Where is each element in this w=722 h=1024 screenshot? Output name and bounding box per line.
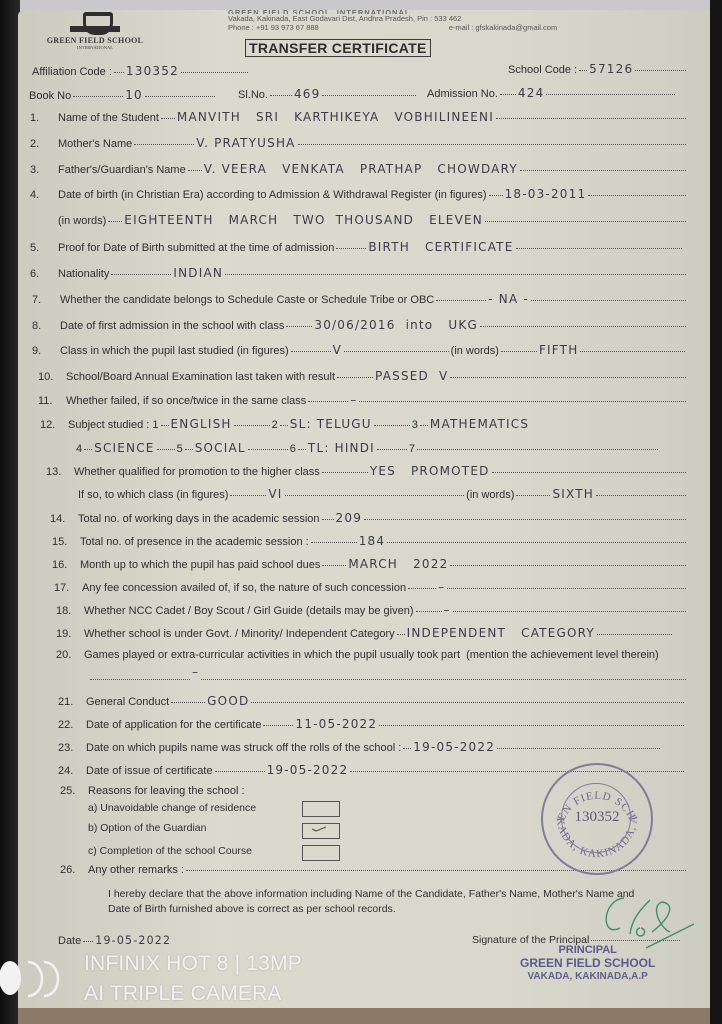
school-code-row: School Code : 57126 xyxy=(508,62,688,76)
school-code-label: School Code : xyxy=(508,64,577,76)
footer-date-row: Date19-05-2022 xyxy=(58,934,188,947)
field-dob-words: (in words)EIGHTEENTH MARCH TWO THOUSAND … xyxy=(58,213,688,227)
field-number: 13. xyxy=(46,466,74,478)
principal-stamp-school: GREEN FIELD SCHOOL xyxy=(520,957,655,970)
principal-stamp-address: VAKADA, KAKINADA,A.P xyxy=(520,970,655,983)
caste-category-value: - NA - xyxy=(488,292,529,307)
fee-concession-value: – xyxy=(438,580,445,595)
subject-4-label: 4 xyxy=(76,443,82,455)
field-label: General Conduct xyxy=(86,696,169,708)
field-label: Date of birth (in Christian Era) accordi… xyxy=(58,189,487,201)
school-seal: GREEN FIELD SCHOOL VAKADA, KAKINADA, A.P… xyxy=(541,763,653,875)
field-label: Whether NCC Cadet / Boy Scout / Girl Gui… xyxy=(84,605,414,617)
field-label: Subject studied : 1 xyxy=(68,419,159,431)
logo-school-sub: INTERNATIONAL xyxy=(36,45,154,50)
subject-6-value: TL: HINDI xyxy=(308,441,375,456)
footer-date-label: Date xyxy=(58,935,81,947)
field-failed: 11.Whether failed, if so once/twice in t… xyxy=(38,393,688,407)
affiliation-code-row: Affiliation Code : 130352 xyxy=(32,64,250,78)
checkmark-icon xyxy=(311,826,327,832)
reason-option-c-label: c) Completion of the school Course xyxy=(88,845,252,857)
field-dob-proof: 5.Proof for Date of Birth submitted at t… xyxy=(30,240,684,254)
field-reasons: 25.Reasons for leaving the school : xyxy=(60,785,245,797)
principal-stamp: PRINCIPAL GREEN FIELD SCHOOL VAKADA, KAK… xyxy=(520,944,655,983)
watermark-line-2: AI TRIPLE CAMERA xyxy=(84,979,302,1009)
field-nationality: 6.NationalityINDIAN xyxy=(30,266,688,280)
general-conduct-value: GOOD xyxy=(207,694,249,709)
field-label: Mother's Name xyxy=(58,138,132,150)
father-name-value: V. VEERA VENKATA PRATHAP CHOWDARY xyxy=(204,162,518,177)
school-address: Vakada, Kakinada, East Godavari Dist, An… xyxy=(228,14,557,23)
seal-code: 130352 xyxy=(543,809,651,826)
field-number: 25. xyxy=(60,785,88,797)
field-label: School/Board Annual Examination last tak… xyxy=(66,371,335,383)
field-student-name: 1.Name of the StudentMANVITH SRI KARTHIK… xyxy=(30,110,688,124)
field-application-date: 22.Date of application for the certifica… xyxy=(58,717,686,731)
field-number: 7. xyxy=(32,294,60,306)
field-label: If so, to which class (in figures) xyxy=(78,489,228,501)
certificate-title: TRANSFER CERTIFICATE xyxy=(245,39,431,57)
field-number: 8. xyxy=(32,320,60,332)
field-number: 14. xyxy=(50,513,78,525)
field-number: 10. xyxy=(38,371,66,383)
field-label: Date of issue of certificate xyxy=(86,765,213,777)
school-crest-icon xyxy=(70,12,120,36)
field-label: Class in which the pupil last studied (i… xyxy=(60,345,289,357)
field-label: Nationality xyxy=(58,268,109,280)
field-number: 19. xyxy=(56,628,84,640)
last-exam-value: PASSED V xyxy=(375,369,448,384)
subject-3-value: MATHEMATICS xyxy=(430,417,529,432)
school-logo: GREEN FIELD SCHOOL INTERNATIONAL xyxy=(36,12,154,50)
watermark-line-1: INFINIX HOT 8 | 13MP xyxy=(84,949,302,979)
field-date-of-birth: 4.Date of birth (in Christian Era) accor… xyxy=(30,187,688,201)
dob-words-value: EIGHTEENTH MARCH TWO THOUSAND ELEVEN xyxy=(124,213,483,228)
subject-5-value: SOCIAL xyxy=(195,441,246,456)
last-class-words-value: FIFTH xyxy=(539,343,579,358)
field-number: 4. xyxy=(30,189,58,201)
field-struck-off-date: 23.Date on which pupils name was struck … xyxy=(58,740,662,754)
subject-5-label: 5 xyxy=(177,443,183,455)
field-number: 5. xyxy=(30,242,58,254)
dob-proof-value: BIRTH CERTIFICATE xyxy=(368,240,513,255)
admission-no-value: 424 xyxy=(518,86,545,101)
background-left-edge xyxy=(0,0,20,1024)
subject-1-value: ENGLISH xyxy=(171,417,232,432)
issue-date-value: 19-05-2022 xyxy=(267,763,349,778)
failed-value: – xyxy=(350,393,357,408)
application-date-value: 11-05-2022 xyxy=(295,717,377,732)
sl-no-row: Sl.No. 469 xyxy=(238,87,418,101)
field-label: Proof for Date of Birth submitted at the… xyxy=(58,242,334,254)
working-days-value: 209 xyxy=(336,511,363,526)
field-subjects-row1: 12.Subject studied : 1ENGLISH 2SL: TELUG… xyxy=(40,417,660,431)
first-admission-value: 30/06/2016 into UKG xyxy=(314,318,478,333)
field-number: 1. xyxy=(30,112,58,124)
subject-3-label: 3 xyxy=(412,419,418,431)
field-promotion-class: If so, to which class (in figures)VI(in … xyxy=(78,487,688,501)
declaration-line-1: I hereby declare that the above informat… xyxy=(108,888,634,900)
field-number: 16. xyxy=(52,559,80,571)
subject-2-value: SL: TELUGU xyxy=(290,417,372,432)
field-last-exam: 10.School/Board Annual Examination last … xyxy=(38,369,688,383)
struck-off-date-value: 19-05-2022 xyxy=(413,740,495,755)
school-phone: Phone : +91 93 973 67 888 xyxy=(228,23,319,32)
field-working-days: 14.Total no. of working days in the acad… xyxy=(50,511,688,525)
field-promotion: 13.Whether qualified for promotion to th… xyxy=(46,464,688,478)
sl-no-value: 469 xyxy=(294,87,321,102)
field-label: (in words) xyxy=(466,489,514,501)
affiliation-code-label: Affiliation Code : xyxy=(32,66,112,78)
activities-value: – xyxy=(192,665,199,680)
field-number: 12. xyxy=(40,419,68,431)
subject-6-label: 6 xyxy=(290,443,296,455)
field-school-category: 19.Whether school is under Govt. / Minor… xyxy=(56,626,674,640)
field-label: Games played or extra-curricular activit… xyxy=(84,649,659,661)
field-label: Whether school is under Govt. / Minority… xyxy=(84,628,395,640)
reason-option-b-label: b) Option of the Guardian xyxy=(88,822,207,834)
field-label: Father's/Guardian's Name xyxy=(58,164,186,176)
field-label: (in words) xyxy=(451,345,499,357)
field-number: 3. xyxy=(30,164,58,176)
field-ncc: 18.Whether NCC Cadet / Boy Scout / Girl … xyxy=(56,603,688,617)
field-label: Whether failed, if so once/twice in the … xyxy=(66,395,306,407)
field-label: Any fee concession availed of, if so, th… xyxy=(82,582,406,594)
book-no-label: Book No xyxy=(29,90,71,102)
field-label: Total no. of presence in the academic se… xyxy=(80,536,309,548)
field-father-name: 3.Father's/Guardian's NameV. VEERA VENKA… xyxy=(30,162,688,176)
field-number: 23. xyxy=(58,742,86,754)
field-label: Whether the candidate belongs to Schedul… xyxy=(60,294,434,306)
field-mother-name: 2.Mother's NameV. PRATYUSHA xyxy=(30,136,688,150)
camera-watermark-icon xyxy=(0,960,64,1000)
book-no-value: 10 xyxy=(125,88,143,103)
field-activities-value-line: – xyxy=(88,671,688,685)
field-label: Date on which pupils name was struck off… xyxy=(86,742,401,754)
reason-option-a-label: a) Unavoidable change of residence xyxy=(88,802,256,814)
field-label: Name of the Student xyxy=(58,112,159,124)
reason-option-a-checkbox[interactable] xyxy=(302,801,340,817)
field-dues-paid: 16.Month up to which the pupil has paid … xyxy=(52,557,688,571)
field-label: Month up to which the pupil has paid sch… xyxy=(80,559,320,571)
field-label: Any other remarks : xyxy=(88,864,184,876)
book-no-row: Book No 10 xyxy=(29,88,217,102)
background-right-edge xyxy=(710,0,722,1024)
field-number: 9. xyxy=(32,345,60,357)
promotion-class-words-value: SIXTH xyxy=(552,487,594,502)
last-class-figures-value: V xyxy=(333,343,342,358)
field-number: 6. xyxy=(30,268,58,280)
camera-watermark: INFINIX HOT 8 | 13MP AI TRIPLE CAMERA xyxy=(84,949,302,1009)
mother-name-value: V. PRATYUSHA xyxy=(196,136,295,151)
field-general-conduct: 21.General ConductGOOD xyxy=(58,694,686,708)
field-number: 18. xyxy=(56,605,84,617)
field-number: 24. xyxy=(58,765,86,777)
field-label: Total no. of working days in the academi… xyxy=(78,513,320,525)
school-address-block: GREEN FIELD SCHOOL, INTERNATIONAL Vakada… xyxy=(228,8,557,32)
affiliation-code-value: 130352 xyxy=(126,64,179,79)
admission-no-label: Admission No. xyxy=(427,88,498,100)
subject-2-label: 2 xyxy=(272,419,278,431)
dues-paid-value: MARCH 2022 xyxy=(348,557,448,572)
field-label: Date of application for the certificate xyxy=(86,719,261,731)
field-subjects-row2: 4SCIENCE 5SOCIAL 6TL: HINDI 7 xyxy=(76,441,660,455)
field-last-class: 9.Class in which the pupil last studied … xyxy=(32,343,687,357)
field-number: 20. xyxy=(56,649,84,661)
field-number: 11. xyxy=(38,395,66,407)
field-first-admission: 8.Date of first admission in the school … xyxy=(32,318,688,332)
field-activities: 20.Games played or extra-curricular acti… xyxy=(56,649,696,661)
reason-option-c-checkbox[interactable] xyxy=(302,845,340,861)
field-fee-concession: 17.Any fee concession availed of, if so,… xyxy=(54,580,688,594)
field-label: Whether qualified for promotion to the h… xyxy=(74,466,320,478)
page-bottom-edge xyxy=(18,1008,710,1024)
admission-no-row: Admission No. 424 xyxy=(427,86,677,100)
footer-date-value: 19-05-2022 xyxy=(95,934,171,948)
promotion-value: YES PROMOTED xyxy=(370,464,490,479)
promotion-class-figures-value: VI xyxy=(268,487,282,502)
field-number: 26. xyxy=(60,864,88,876)
field-label: Date of first admission in the school wi… xyxy=(60,320,284,332)
ncc-value: – xyxy=(444,603,451,618)
student-name-value: MANVITH SRI KARTHIKEYA VOBHILINEENI xyxy=(177,110,494,125)
field-caste-category: 7.Whether the candidate belongs to Sched… xyxy=(32,292,688,306)
dob-figures-value: 18-03-2011 xyxy=(505,187,587,202)
reason-option-b-checkbox[interactable] xyxy=(302,823,340,839)
subject-4-value: SCIENCE xyxy=(94,441,154,456)
field-number: 17. xyxy=(54,582,82,594)
school-category-value: INDEPENDENT CATEGORY xyxy=(407,626,595,641)
field-number: 21. xyxy=(58,696,86,708)
nationality-value: INDIAN xyxy=(173,266,223,281)
field-presence: 15.Total no. of presence in the academic… xyxy=(52,534,688,548)
field-number: 2. xyxy=(30,138,58,150)
sl-no-label: Sl.No. xyxy=(238,89,268,101)
field-label: (in words) xyxy=(58,215,106,227)
school-email: e-mail : gfskakinada@gmail.com xyxy=(449,23,558,32)
field-label: Reasons for leaving the school : xyxy=(88,785,245,797)
field-number: 15. xyxy=(52,536,80,548)
presence-value: 184 xyxy=(359,534,386,549)
field-number: 22. xyxy=(58,719,86,731)
declaration-line-2: Date of Birth furnished above is correct… xyxy=(108,903,396,915)
subject-7-label: 7 xyxy=(409,443,415,455)
logo-school-name: GREEN FIELD SCHOOL xyxy=(36,36,154,45)
school-code-value: 57126 xyxy=(589,62,633,77)
